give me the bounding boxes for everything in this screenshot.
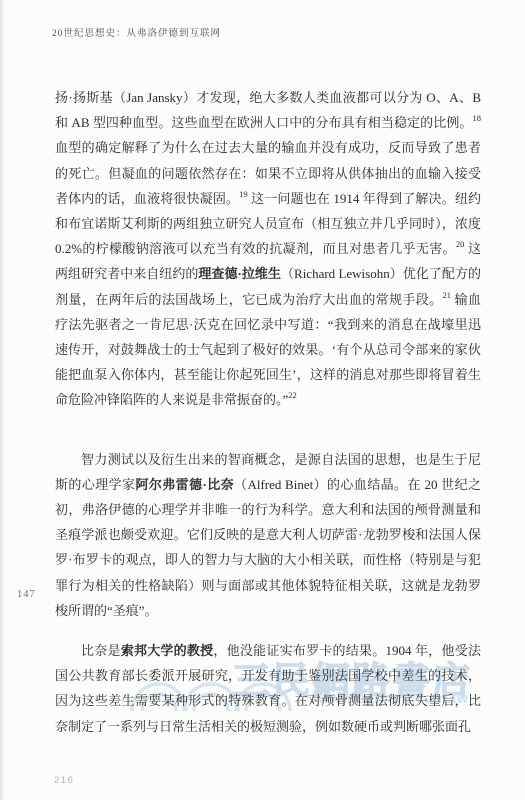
text-segment: 比奈是 <box>81 643 121 658</box>
text-segment: （Alfred Binet）的心血结晶。在 20 世纪之初，弗洛伊德的心理学并非… <box>55 477 481 618</box>
book-page: 20世纪思想史：从弗洛伊德到互联网 三民網路書店 www.sanmin.com.… <box>0 0 525 800</box>
margin-page-marker: 147 <box>17 589 36 600</box>
footnote-ref: 18 <box>473 113 482 123</box>
folio-page-number: 216 <box>54 775 74 786</box>
running-header: 20世纪思想史：从弗洛伊德到互联网 <box>52 25 221 39</box>
footnote-ref: 21 <box>443 290 452 300</box>
text-segment: 阿尔弗雷德·比奈 <box>135 477 234 492</box>
text-segment: 索邦大学的教授 <box>121 643 214 658</box>
page-body: 扬·扬斯基（Jan Jansky）才发现，绝大多数人类血液都可以分为 O、A、B… <box>55 85 481 739</box>
paragraph: 智力测试以及衍生出来的智商概念，是源自法国的思想，也是生于尼斯的心理学家阿尔弗雷… <box>55 447 481 623</box>
text-segment: 扬·扬斯基（Jan Jansky）才发现，绝大多数人类血液都可以分为 O、A、B… <box>55 90 481 130</box>
scan-edge-shadow <box>0 0 5 800</box>
text-segment: 输血疗法先驱者之一肯尼思·沃克在回忆录中写道：“我到来的消息在战壕里迅速传开，对… <box>55 292 481 408</box>
text-segment: 理查德·拉维生 <box>198 266 281 281</box>
paragraph: 比奈是索邦大学的教授，他没能证实布罗卡的结果。1904 年，他受法国公共教育部长… <box>55 638 481 739</box>
paragraph: 扬·扬斯基（Jan Jansky）才发现，绝大多数人类血液都可以分为 O、A、B… <box>55 85 481 413</box>
footnote-ref: 19 <box>239 189 248 199</box>
footnote-ref: 22 <box>288 390 297 400</box>
